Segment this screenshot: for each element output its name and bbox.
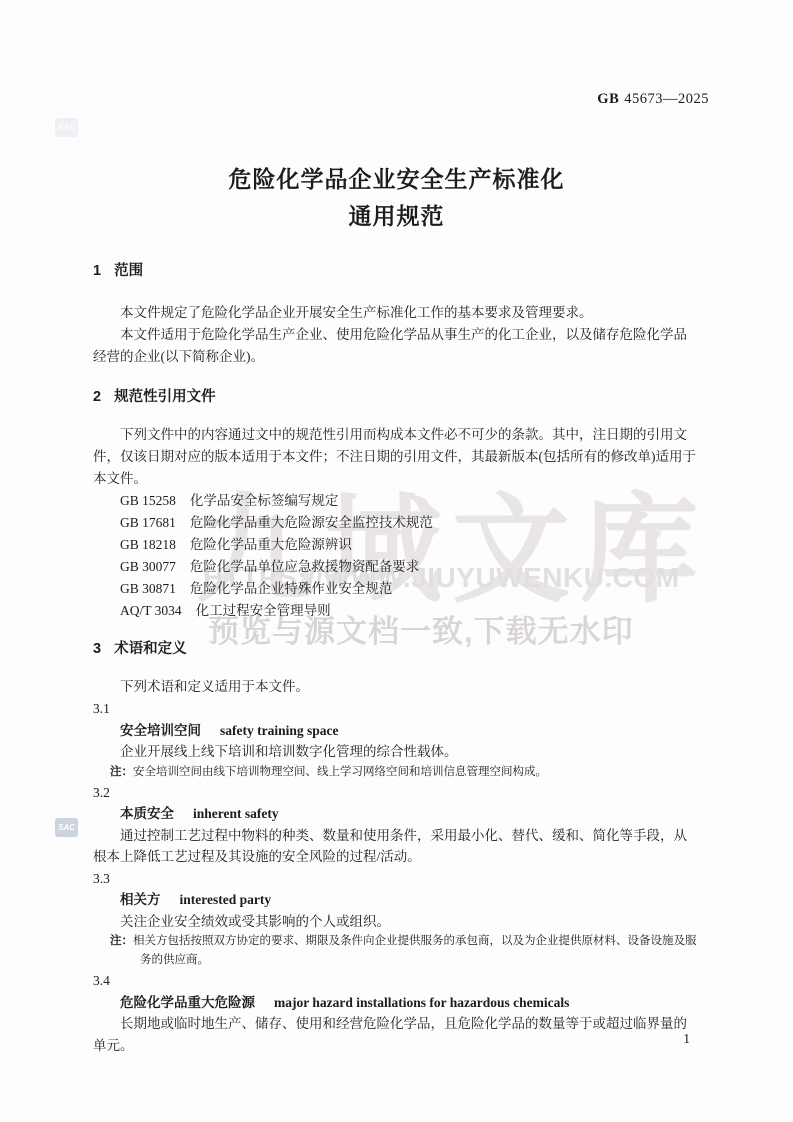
reference-title: 危险化学品单位应急救援物资配备要求 xyxy=(190,559,420,574)
section-heading-scope: 1范围 xyxy=(93,260,700,282)
section-heading-references: 2规范性引用文件 xyxy=(93,386,700,408)
term-number: 3.4 xyxy=(93,970,700,992)
section-title: 范围 xyxy=(114,263,143,279)
reference-title: 危险化学品企业特殊作业安全规范 xyxy=(190,581,393,596)
references-intro: 下列文件中的内容通过文中的规范性引用而构成本文件必不可少的条款。其中，注日期的引… xyxy=(93,424,700,490)
section-number: 3 xyxy=(93,641,101,657)
reference-code: GB 15258 xyxy=(120,493,176,508)
reference-item: GB 30077危险化学品单位应急救援物资配备要求 xyxy=(93,556,700,578)
reference-item: GB 18218危险化学品重大危险源辨识 xyxy=(93,534,700,556)
reference-code: AQ/T 3034 xyxy=(120,603,182,618)
note-label: 注： xyxy=(110,766,133,778)
term-name-zh: 安全培训空间 xyxy=(120,723,201,738)
section-number: 1 xyxy=(93,263,101,279)
section-title: 术语和定义 xyxy=(114,641,187,657)
document-content: 危险化学品企业安全生产标准化 通用规范 1范围 本文件规定了危险化学品企业开展安… xyxy=(0,0,793,1056)
term-number: 3.2 xyxy=(93,782,700,804)
term-definition: 关注企业安全绩效或受其影响的个人或组织。 xyxy=(93,911,700,933)
document-page: 九域文库 HTTPS://WWW.JIUYUWENKU.COM 预览与源文档一致… xyxy=(0,0,793,1122)
reference-title: 化工过程安全管理导则 xyxy=(196,603,331,618)
note-text: 安全培训空间由线下培训物理空间、线上学习网络空间和培训信息管理空间构成。 xyxy=(133,766,547,778)
term-name-en: safety training space xyxy=(220,723,339,738)
doc-code-number: 45673—2025 xyxy=(624,91,709,107)
term-name-zh: 危险化学品重大危险源 xyxy=(120,995,255,1010)
doc-title-line2: 通用规范 xyxy=(93,200,700,232)
term-note: 注：相关方包括按照双方协定的要求、期限及条件向企业提供服务的承包商，以及为企业提… xyxy=(110,932,700,970)
doc-code-prefix: GB xyxy=(597,91,619,107)
term-number: 3.3 xyxy=(93,868,700,890)
note-text: 相关方包括按照双方协定的要求、期限及条件向企业提供服务的承包商，以及为企业提供原… xyxy=(133,935,697,966)
scope-paragraph: 本文件规定了危险化学品企业开展安全生产标准化工作的基本要求及管理要求。 xyxy=(93,302,700,324)
term-note: 注：安全培训空间由线下培训物理空间、线上学习网络空间和培训信息管理空间构成。 xyxy=(110,763,700,782)
doc-code: GB45673—2025 xyxy=(597,91,709,108)
term-entry: 3.1 安全培训空间safety training space 企业开展线上线下… xyxy=(93,698,700,782)
reference-code: GB 17681 xyxy=(120,515,176,530)
reference-title: 化学品安全标签编写规定 xyxy=(190,493,339,508)
page-number: 1 xyxy=(683,1031,690,1047)
reference-item: AQ/T 3034化工过程安全管理导则 xyxy=(93,600,700,622)
reference-code: GB 30077 xyxy=(120,559,176,574)
term-name-en: interested party xyxy=(180,892,272,907)
section-number: 2 xyxy=(93,389,101,405)
reference-item: GB 15258化学品安全标签编写规定 xyxy=(93,490,700,512)
term-name-line: 危险化学品重大危险源major hazard installations for… xyxy=(93,992,700,1014)
reference-item: GB 30871危险化学品企业特殊作业安全规范 xyxy=(93,578,700,600)
term-definition: 长期地或临时地生产、储存、使用和经营危险化学品，且危险化学品的数量等于或超过临界… xyxy=(93,1013,700,1056)
term-name-line: 安全培训空间safety training space xyxy=(93,720,700,742)
term-name-line: 本质安全inherent safety xyxy=(93,803,700,825)
reference-item: GB 17681危险化学品重大危险源安全监控技术规范 xyxy=(93,512,700,534)
note-label: 注： xyxy=(110,935,133,947)
term-definition: 企业开展线上线下培训和培训数字化管理的综合性载体。 xyxy=(93,741,700,763)
term-name-zh: 相关方 xyxy=(120,892,161,907)
term-entry: 3.3 相关方interested party 关注企业安全绩效或受其影响的个人… xyxy=(93,868,700,971)
doc-title-line1: 危险化学品企业安全生产标准化 xyxy=(93,163,700,195)
section-title: 规范性引用文件 xyxy=(114,389,216,405)
scope-paragraph: 本文件适用于危险化学品生产企业、使用危险化学品从事生产的化工企业，以及储存危险化… xyxy=(93,324,700,368)
term-name-en: major hazard installations for hazardous… xyxy=(274,995,569,1010)
term-name-en: inherent safety xyxy=(193,806,279,821)
term-definition: 通过控制工艺过程中物料的种类、数量和使用条件，采用最小化、替代、缓和、简化等手段… xyxy=(93,825,700,868)
term-number: 3.1 xyxy=(93,698,700,720)
terms-intro: 下列术语和定义适用于本文件。 xyxy=(93,676,700,698)
section-heading-terms: 3术语和定义 xyxy=(93,638,700,660)
reference-title: 危险化学品重大危险源安全监控技术规范 xyxy=(190,515,433,530)
term-entry: 3.2 本质安全inherent safety 通过控制工艺过程中物料的种类、数… xyxy=(93,782,700,868)
reference-code: GB 30871 xyxy=(120,581,176,596)
term-name-zh: 本质安全 xyxy=(120,806,174,821)
term-name-line: 相关方interested party xyxy=(93,889,700,911)
term-entry: 3.4 危险化学品重大危险源major hazard installations… xyxy=(93,970,700,1056)
reference-title: 危险化学品重大危险源辨识 xyxy=(190,537,352,552)
reference-code: GB 18218 xyxy=(120,537,176,552)
